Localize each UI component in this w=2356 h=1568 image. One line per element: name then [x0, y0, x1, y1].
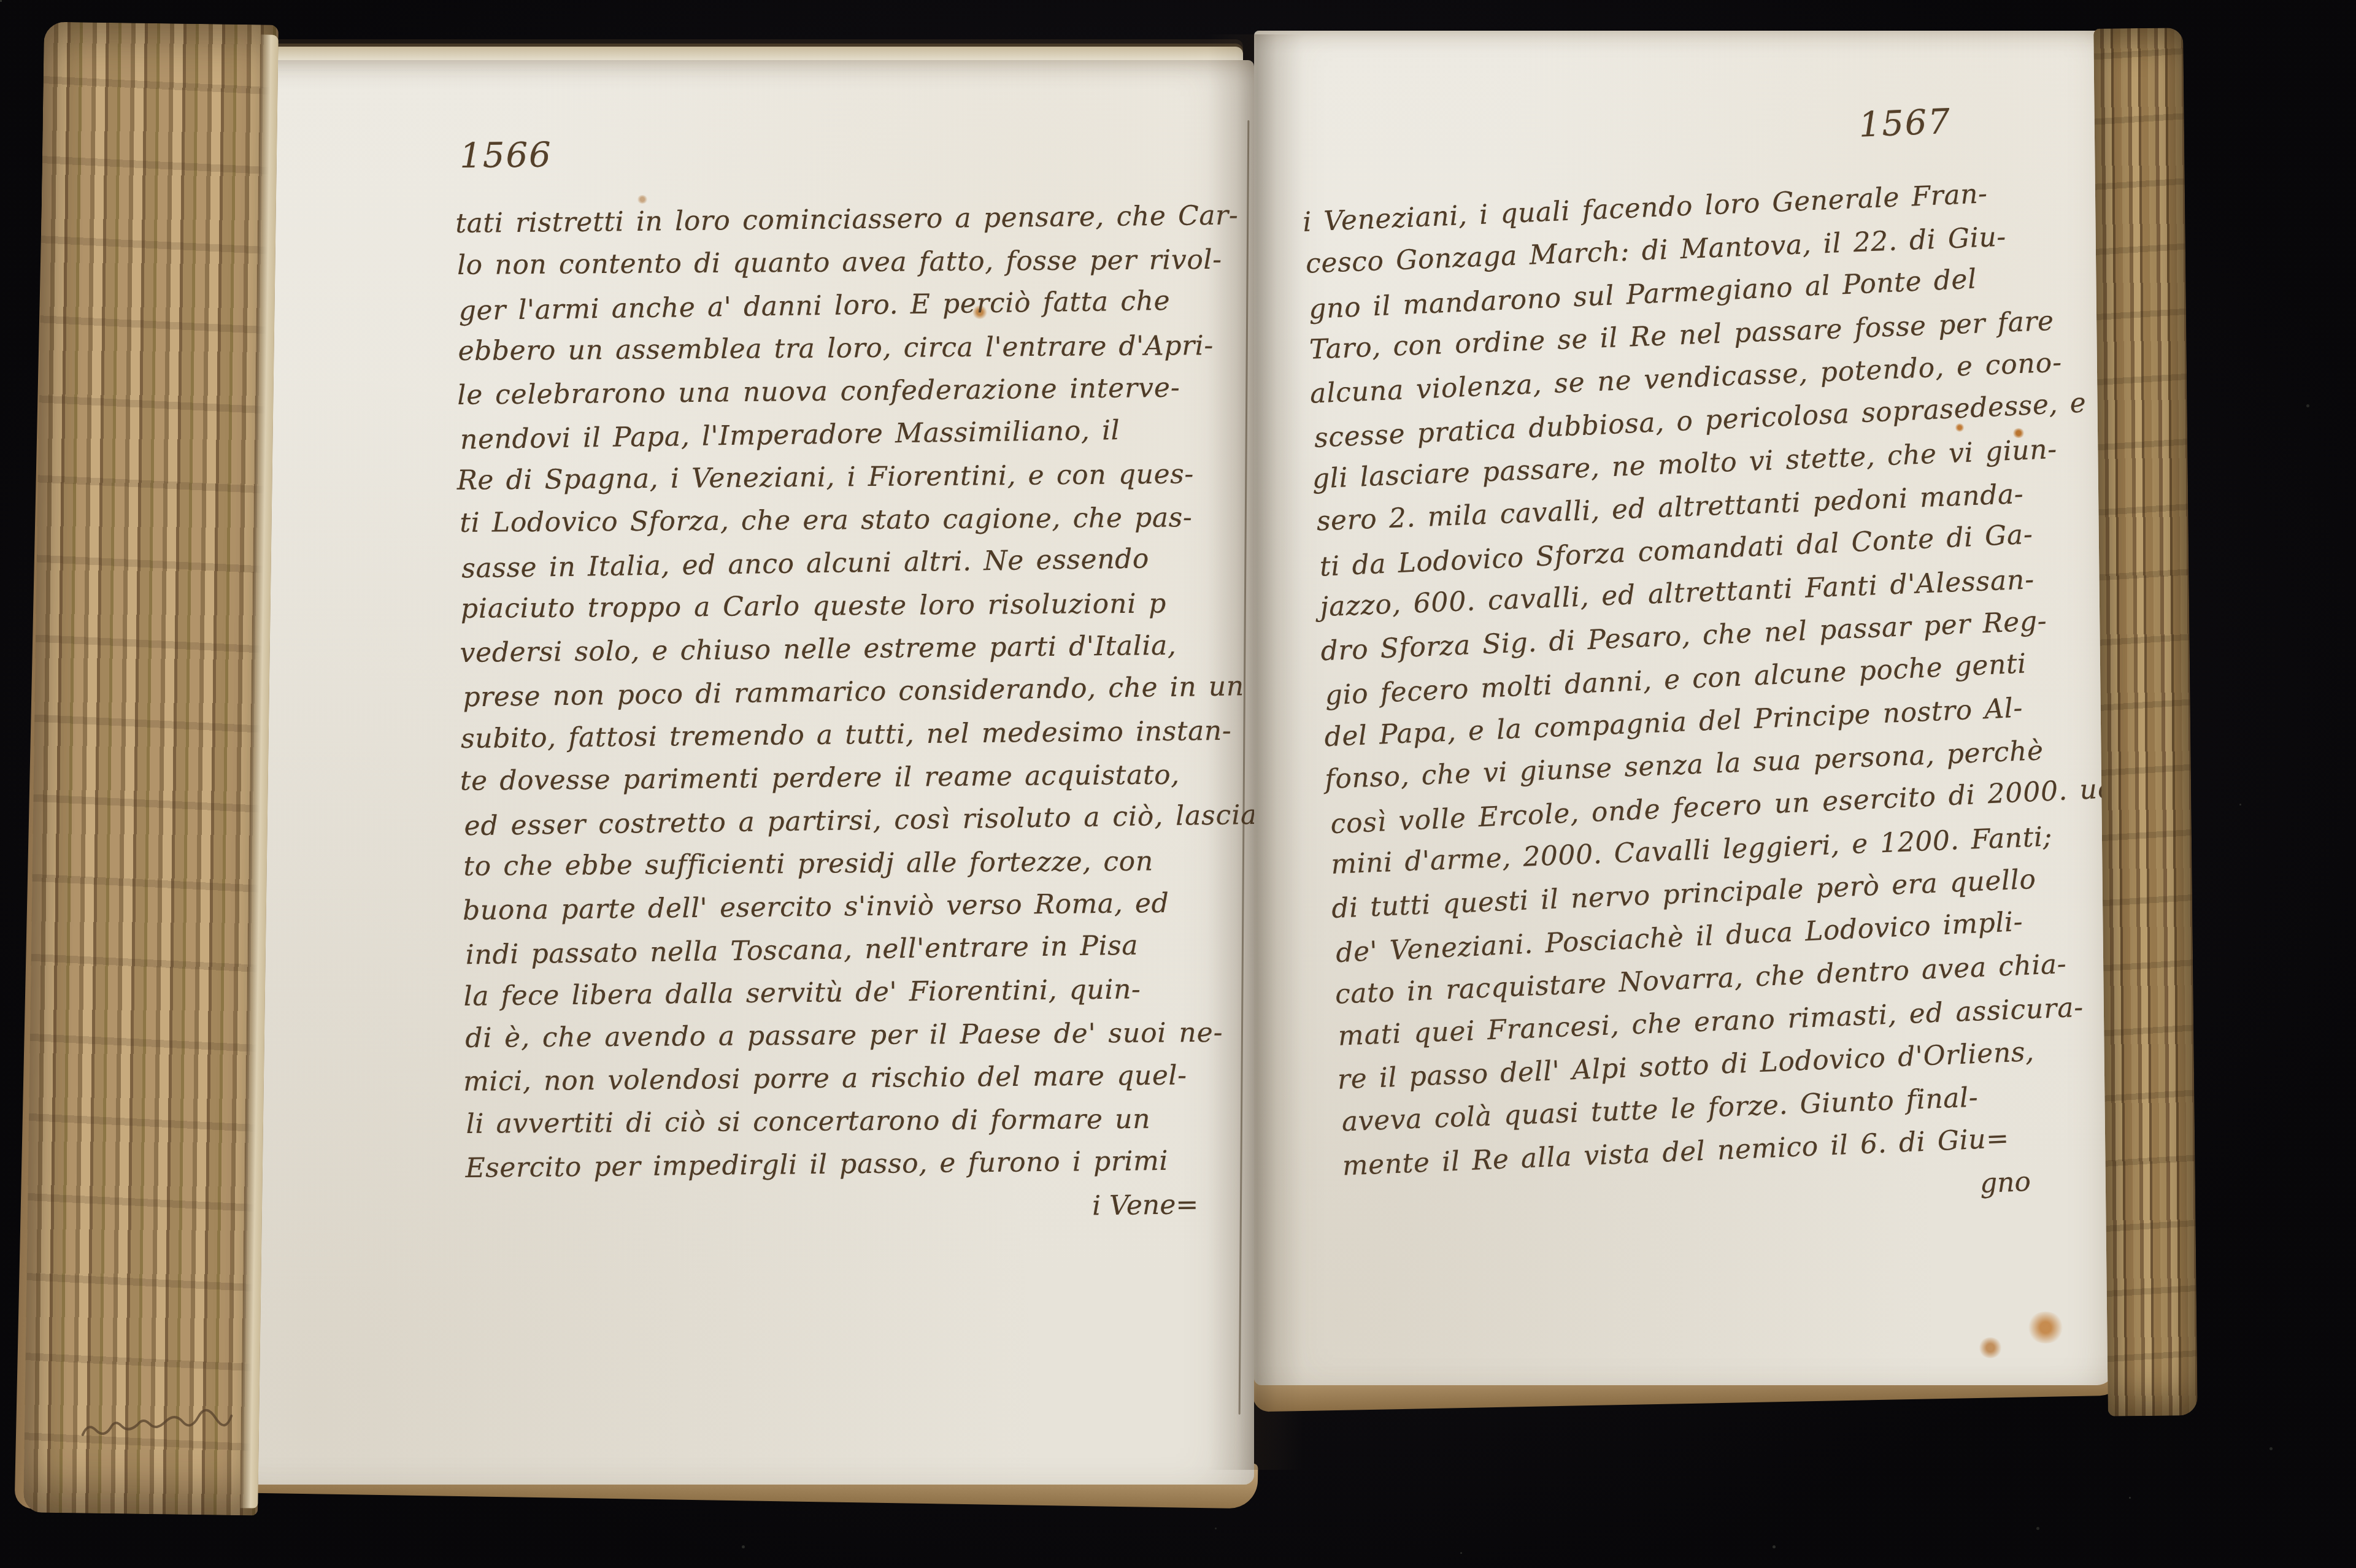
photo-backdrop: 1566 tati ristretti in loro cominciasser…: [0, 0, 2356, 1568]
book-gutter-shadow: [1207, 34, 1303, 1470]
manuscript-line: ebbero un assemblea tra loro, circa l'en…: [458, 324, 1249, 372]
manuscript-line: Re di Spagna, i Veneziani, i Fiorentini,…: [456, 453, 1249, 502]
right-page-edge-stack: [2093, 28, 2198, 1416]
right-page-lines: i Veneziani, i quali facendo loro Genera…: [1302, 169, 2122, 1188]
page-number-right: 1567: [1858, 102, 1952, 145]
manuscript-line: li avvertiti di ciò si concertarono di f…: [466, 1097, 1257, 1145]
manuscript-line: di è, che avendo a passare per il Paese …: [465, 1011, 1257, 1059]
foxing-spot: [1978, 1337, 2003, 1358]
manuscript-line: to che ebbe sufficienti presidj alle for…: [463, 839, 1255, 888]
left-page: 1566 tati ristretti in loro cominciasser…: [207, 60, 1254, 1485]
foxing-spot: [2026, 1312, 2065, 1343]
right-page: 1567 i Veneziani, i quali facendo loro G…: [1254, 31, 2114, 1385]
manuscript-line: tati ristretti in loro cominciassero a p…: [455, 194, 1247, 245]
catchword-left: i Vene=: [466, 1183, 1258, 1234]
open-book: 1566 tati ristretti in loro cominciasser…: [0, 0, 2356, 1568]
manuscript-line: Esercito per impedirgli il passo, e furo…: [465, 1139, 1257, 1190]
left-page-text-block: 1566 tati ristretti in loro cominciasser…: [455, 194, 1258, 1234]
manuscript-line: mici, non volendosi porre a rischio del …: [463, 1054, 1255, 1104]
left-page-lines: tati ristretti in loro cominciassero a p…: [455, 194, 1257, 1189]
page-number-left: 1566: [460, 135, 552, 176]
manuscript-line: piaciuto troppo a Carlo queste loro riso…: [461, 582, 1252, 630]
right-page-text-block: 1567 i Veneziani, i quali facendo loro G…: [1302, 169, 2123, 1232]
left-page-edge-stack: [23, 21, 279, 1515]
